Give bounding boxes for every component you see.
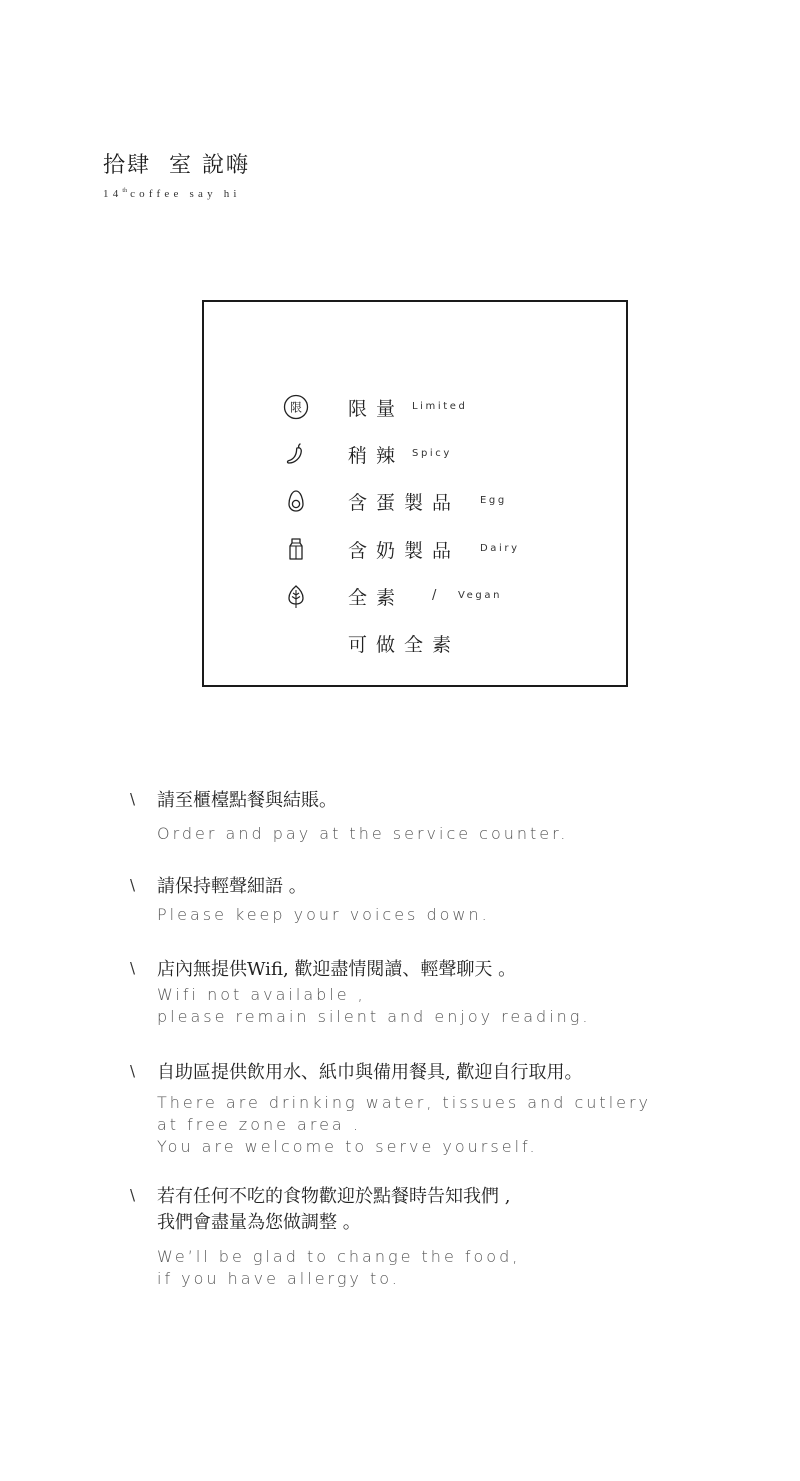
notice-en: There are drinking water, tissues and cu…	[157, 1092, 651, 1158]
notice-bullet: \	[130, 790, 135, 808]
brand-title: 拾肆 室 說嗨	[103, 152, 250, 180]
brand-subtitle-sup: th	[122, 188, 127, 194]
legend-zh-label: 含蛋製品	[348, 488, 460, 515]
brand-subtitle-number: 14	[103, 188, 122, 200]
legend-zh-label: 可做全素	[348, 630, 460, 657]
chili-pepper-icon	[282, 440, 310, 468]
legend-en-label: Egg	[480, 495, 507, 506]
notice-en: Please keep your voices down.	[157, 904, 490, 926]
legend-zh-label: 限量	[348, 394, 404, 421]
notice-zh: 若有任何不吃的食物歡迎於點餐時告知我們 , 我們會盡量為您做調整 。	[157, 1184, 510, 1236]
notice-zh: 請至櫃檯點餐與結賬。	[157, 788, 337, 814]
notice-bullet: \	[130, 1062, 135, 1080]
legend-en-label: Dairy	[480, 543, 520, 554]
legend-zh-label: 含奶製品	[348, 536, 460, 563]
brand-subtitle-text: coffee say hi	[130, 188, 241, 200]
legend-item-spicy: 稍辣 Spicy	[282, 440, 310, 468]
legend-en-label: Spicy	[412, 448, 452, 459]
legend-separator: /	[432, 588, 439, 603]
legend-zh-label: 稍辣	[348, 441, 404, 468]
legend-item-vegan: 全素 / Vegan	[282, 582, 310, 610]
leaf-icon	[282, 582, 310, 610]
brand-subtitle: 14thcoffee say hi	[103, 188, 250, 200]
egg-icon	[282, 487, 310, 515]
notice-zh: 請保持輕聲細語 。	[157, 874, 307, 900]
milk-carton-icon	[282, 535, 310, 563]
legend-item-vegan-option: 可做全素	[282, 629, 310, 657]
dietary-legend: 限 限量 Limited 稍辣 Spicy 含蛋製品 Egg	[202, 300, 628, 687]
notice-en: Order and pay at the service counter.	[157, 823, 568, 845]
limited-icon: 限	[282, 393, 310, 421]
legend-icon-empty	[282, 629, 310, 657]
brand-header: 拾肆 室 說嗨 14thcoffee say hi	[103, 152, 250, 200]
legend-item-dairy: 含奶製品 Dairy	[282, 535, 310, 563]
legend-en-label: Limited	[412, 401, 468, 412]
notice-en: Wifi not available , please remain silen…	[157, 984, 590, 1028]
notice-bullet: \	[130, 959, 135, 977]
legend-item-egg: 含蛋製品 Egg	[282, 487, 310, 515]
legend-item-limited: 限 限量 Limited	[282, 393, 310, 421]
notice-bullet: \	[130, 876, 135, 894]
notice-zh: 自助區提供飲用水、紙巾與備用餐具, 歡迎自行取用。	[157, 1060, 582, 1086]
notice-zh: 店內無提供Wifi, 歡迎盡情閱讀、輕聲聊天 。	[157, 957, 516, 983]
legend-zh-label: 全素	[348, 583, 404, 610]
legend-en-label: Vegan	[458, 590, 502, 601]
notice-en: We’ll be glad to change the food, if you…	[157, 1246, 520, 1290]
svg-text:限: 限	[290, 401, 302, 415]
notice-bullet: \	[130, 1186, 135, 1204]
